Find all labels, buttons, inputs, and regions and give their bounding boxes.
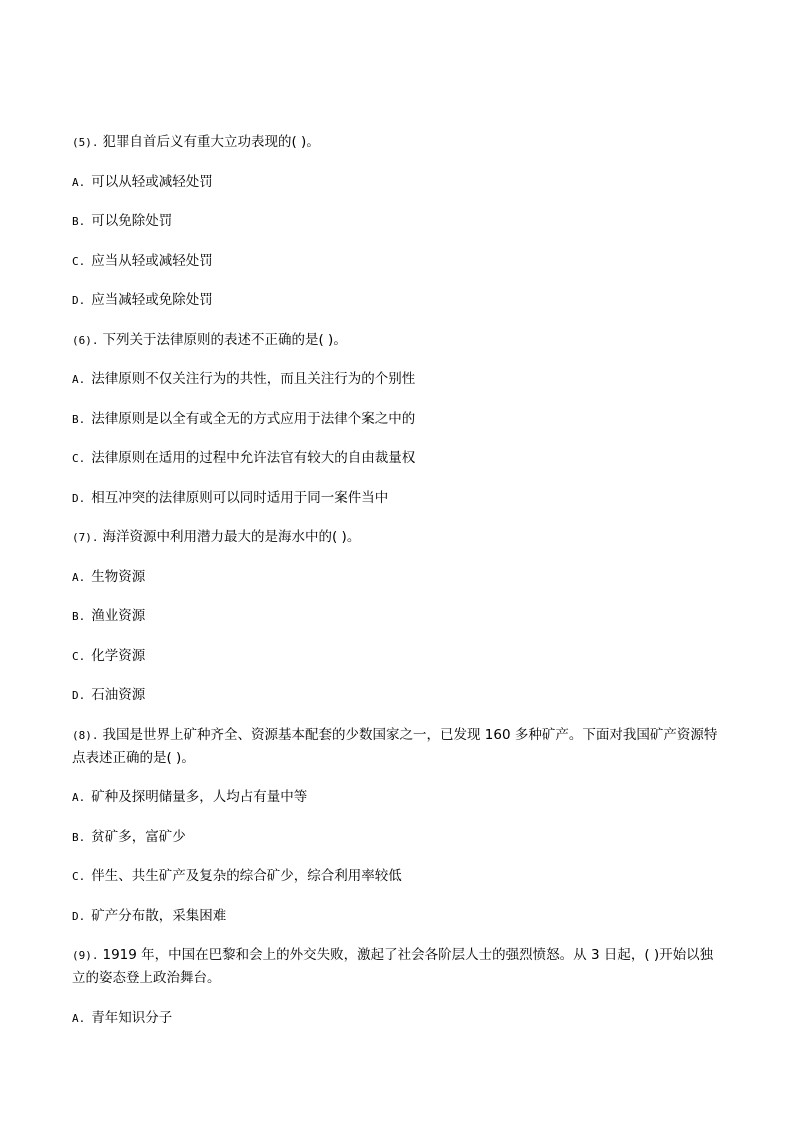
option-b: B.渔业资源 xyxy=(72,605,724,645)
option-text: 生物资源 xyxy=(91,569,145,585)
option-b: B.可以免除处罚 xyxy=(72,210,724,250)
option-c: C.法律原则在适用的过程中允许法官有较大的自由裁量权 xyxy=(72,447,724,487)
option-text: 矿产分布散，采集困难 xyxy=(91,908,226,924)
option-c: C.应当从轻或减轻处罚 xyxy=(72,250,724,290)
question-text: 犯罪自首后义有重大立功表现的( )。 xyxy=(103,134,320,150)
option-a: A.法律原则不仅关注行为的共性，而且关注行为的个别性 xyxy=(72,368,724,408)
option-label: A. xyxy=(72,571,85,584)
option-text: 法律原则不仅关注行为的共性，而且关注行为的个别性 xyxy=(91,371,415,387)
option-label: B. xyxy=(72,215,85,228)
question-number: (8). xyxy=(72,729,99,742)
option-label: A. xyxy=(72,1012,85,1025)
question-stem: (7).海洋资源中利用潜力最大的是海水中的( )。 xyxy=(72,526,724,566)
question-9: (9).1919 年，中国在巴黎和会上的外交失败，激起了社会各阶层人士的强烈愤怒… xyxy=(72,944,724,1046)
question-stem: (5).犯罪自首后义有重大立功表现的( )。 xyxy=(72,131,724,171)
option-label: D. xyxy=(72,492,85,505)
option-label: B. xyxy=(72,413,85,426)
option-label: A. xyxy=(72,176,85,189)
question-8: (8).我国是世界上矿种齐全、资源基本配套的少数国家之一，已发现 160 多种矿… xyxy=(72,724,724,945)
option-a: A.矿种及探明储量多，人均占有量中等 xyxy=(72,786,724,826)
option-text: 渔业资源 xyxy=(91,608,145,624)
option-d: D.应当减轻或免除处罚 xyxy=(72,289,724,329)
option-b: B.贫矿多，富矿少 xyxy=(72,826,724,866)
option-c: C.化学资源 xyxy=(72,645,724,685)
option-text: 贫矿多，富矿少 xyxy=(91,829,186,845)
option-label: B. xyxy=(72,610,85,623)
option-text: 青年知识分子 xyxy=(91,1010,172,1026)
option-label: D. xyxy=(72,689,85,702)
question-stem: (6).下列关于法律原则的表述不正确的是( )。 xyxy=(72,329,724,369)
question-7: (7).海洋资源中利用潜力最大的是海水中的( )。 A.生物资源 B.渔业资源 … xyxy=(72,526,724,724)
question-stem: (8).我国是世界上矿种齐全、资源基本配套的少数国家之一，已发现 160 多种矿… xyxy=(72,724,724,787)
option-label: C. xyxy=(72,870,85,883)
option-label: C. xyxy=(72,650,85,663)
option-label: A. xyxy=(72,373,85,386)
option-label: C. xyxy=(72,255,85,268)
option-label: B. xyxy=(72,831,85,844)
document-page: (5).犯罪自首后义有重大立功表现的( )。 A.可以从轻或减轻处罚 B.可以免… xyxy=(72,131,724,1046)
option-d: D.矿产分布散，采集困难 xyxy=(72,905,724,945)
question-6: (6).下列关于法律原则的表述不正确的是( )。 A.法律原则不仅关注行为的共性… xyxy=(72,329,724,527)
option-label: A. xyxy=(72,791,85,804)
option-text: 化学资源 xyxy=(91,648,145,664)
question-number: (6). xyxy=(72,334,99,347)
option-text: 石油资源 xyxy=(91,687,145,703)
question-stem: (9).1919 年，中国在巴黎和会上的外交失败，激起了社会各阶层人士的强烈愤怒… xyxy=(72,944,724,1007)
option-text: 矿种及探明储量多，人均占有量中等 xyxy=(91,789,307,805)
question-number: (5). xyxy=(72,136,99,149)
option-text: 可以从轻或减轻处罚 xyxy=(91,174,213,190)
option-text: 伴生、共生矿产及复杂的综合矿少，综合利用率较低 xyxy=(91,868,402,884)
option-label: C. xyxy=(72,452,85,465)
option-a: A.青年知识分子 xyxy=(72,1007,724,1047)
question-text: 下列关于法律原则的表述不正确的是( )。 xyxy=(103,332,347,348)
option-text: 应当从轻或减轻处罚 xyxy=(91,253,213,269)
question-text: 1919 年，中国在巴黎和会上的外交失败，激起了社会各阶层人士的强烈愤怒。从 3… xyxy=(72,947,713,986)
option-text: 应当减轻或免除处罚 xyxy=(91,292,213,308)
option-label: D. xyxy=(72,294,85,307)
option-d: D.相互冲突的法律原则可以同时适用于同一案件当中 xyxy=(72,487,724,527)
question-number: (7). xyxy=(72,531,99,544)
question-5: (5).犯罪自首后义有重大立功表现的( )。 A.可以从轻或减轻处罚 B.可以免… xyxy=(72,131,724,329)
question-text: 海洋资源中利用潜力最大的是海水中的( )。 xyxy=(103,529,361,545)
question-text: 我国是世界上矿种齐全、资源基本配套的少数国家之一，已发现 160 多种矿产。下面… xyxy=(72,727,717,766)
option-text: 法律原则在适用的过程中允许法官有较大的自由裁量权 xyxy=(91,450,415,466)
option-text: 可以免除处罚 xyxy=(91,213,172,229)
option-text: 法律原则是以全有或全无的方式应用于法律个案之中的 xyxy=(91,411,415,427)
option-b: B.法律原则是以全有或全无的方式应用于法律个案之中的 xyxy=(72,408,724,448)
option-a: A.可以从轻或减轻处罚 xyxy=(72,171,724,211)
option-d: D.石油资源 xyxy=(72,684,724,724)
option-c: C.伴生、共生矿产及复杂的综合矿少，综合利用率较低 xyxy=(72,865,724,905)
option-a: A.生物资源 xyxy=(72,566,724,606)
option-label: D. xyxy=(72,910,85,923)
question-number: (9). xyxy=(72,949,99,962)
option-text: 相互冲突的法律原则可以同时适用于同一案件当中 xyxy=(91,490,388,506)
